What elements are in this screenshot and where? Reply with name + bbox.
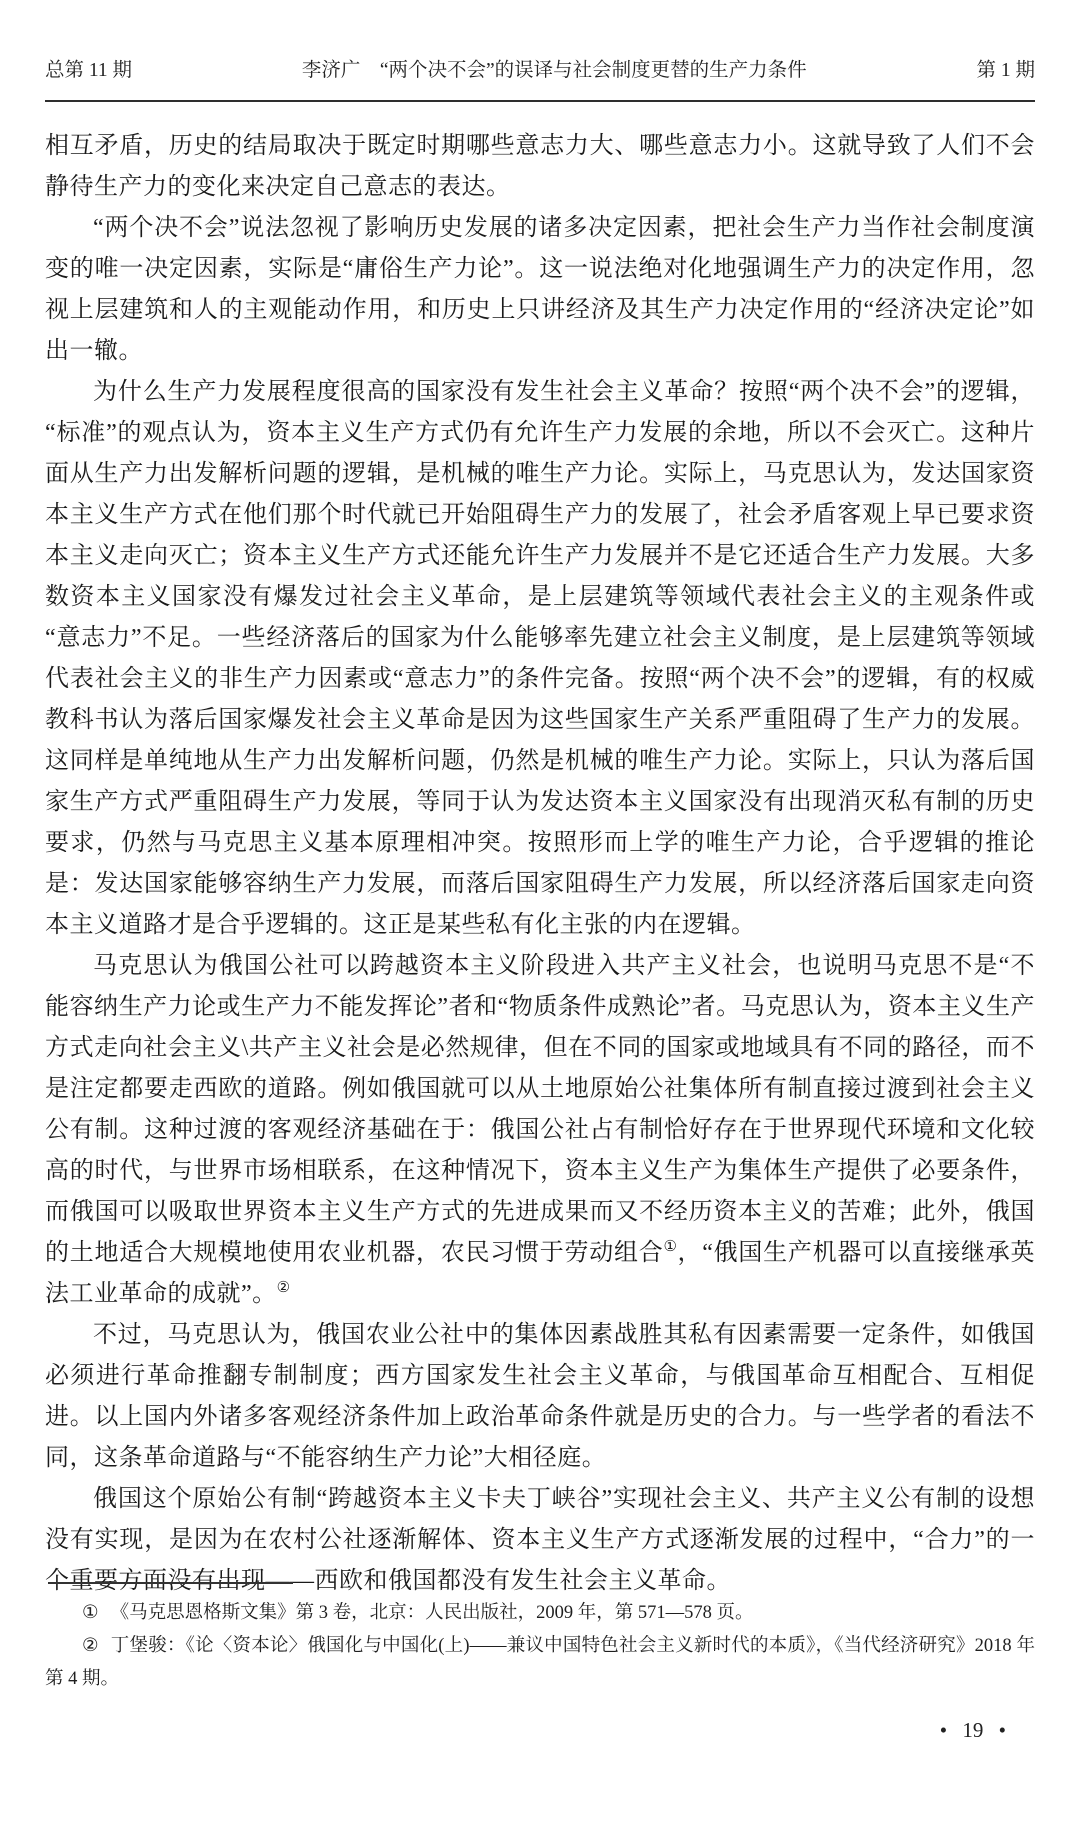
footnote-text: 丁堡骏：《论〈资本论〉俄国化与中国化(上)——兼议中国特色社会主义新时代的本质》…	[45, 1636, 1035, 1689]
header-issue-total: 总第 11 期	[45, 54, 132, 82]
page-number: • 19 •	[940, 1718, 1006, 1743]
footnote-marker: ②	[82, 1636, 99, 1656]
footnote-ref: ①	[663, 1239, 677, 1255]
running-header: 总第 11 期 李济广 “两个决不会”的误译与社会制度更替的生产力条件 第 1 …	[45, 54, 1035, 82]
footnote-separator-rule	[48, 1582, 293, 1584]
footnotes: ①《马克思恩格斯文集》第 3 卷，北京：人民出版社，2009 年，第 571—5…	[45, 1597, 1035, 1696]
footnote-marker: ①	[82, 1603, 99, 1623]
article-body: 相互矛盾，历史的结局取决于既定时期哪些意志力大、哪些意志力小。这就导致了人们不会…	[45, 126, 1035, 1602]
header-article-title: 李济广 “两个决不会”的误译与社会制度更替的生产力条件	[132, 54, 976, 82]
body-paragraph: 不过，马克思认为，俄国农业公社中的集体因素战胜其私有因素需要一定条件，如俄国必须…	[45, 1315, 1035, 1479]
footnote-ref: ②	[277, 1280, 291, 1296]
body-paragraph: 相互矛盾，历史的结局取决于既定时期哪些意志力大、哪些意志力小。这就导致了人们不会…	[45, 126, 1035, 208]
footnote: ②丁堡骏：《论〈资本论〉俄国化与中国化(上)——兼议中国特色社会主义新时代的本质…	[45, 1630, 1035, 1696]
header-rule	[45, 100, 1035, 102]
body-paragraph: 马克思认为俄国公社可以跨越资本主义阶段进入共产主义社会，也说明马克思不是“不能容…	[45, 946, 1035, 1315]
body-paragraph: “两个决不会”说法忽视了影响历史发展的诸多决定因素，把社会生产力当作社会制度演变…	[45, 208, 1035, 372]
journal-page: 总第 11 期 李济广 “两个决不会”的误译与社会制度更替的生产力条件 第 1 …	[0, 0, 1080, 1847]
header-issue-number: 第 1 期	[976, 54, 1035, 82]
body-paragraph: 为什么生产力发展程度很高的国家没有发生社会主义革命？按照“两个决不会”的逻辑，“…	[45, 372, 1035, 946]
footnote: ①《马克思恩格斯文集》第 3 卷，北京：人民出版社，2009 年，第 571—5…	[45, 1597, 1035, 1630]
footnote-text: 《马克思恩格斯文集》第 3 卷，北京：人民出版社，2009 年，第 571—57…	[111, 1603, 754, 1623]
